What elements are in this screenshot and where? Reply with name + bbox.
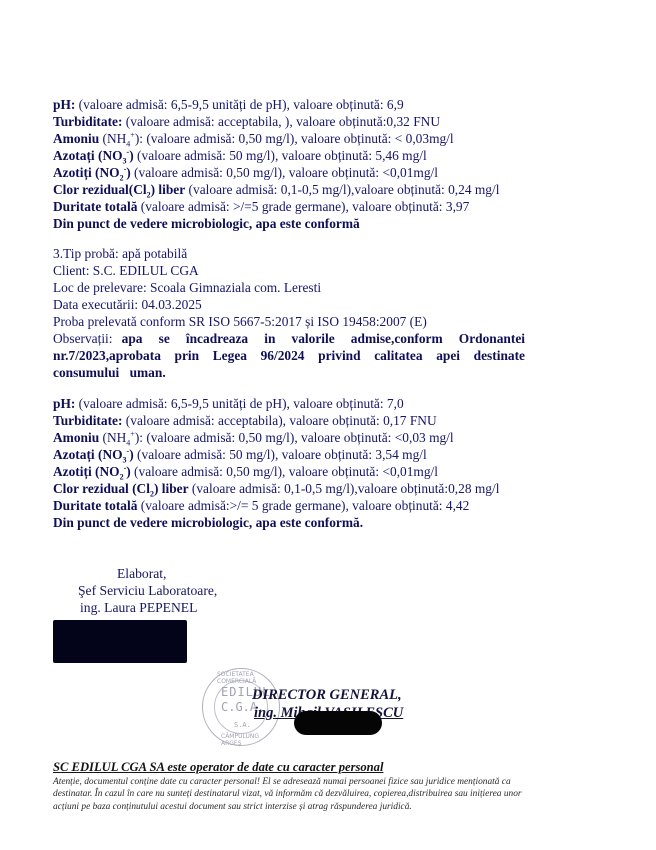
sample-2-results: pH: (valoare admisă: 6,5-9,5 unități de … xyxy=(53,96,613,232)
observations: Observații: apa se încadreaza in valoril… xyxy=(53,330,525,381)
result-duritate: Duritate totală (valoare admisă: >/=5 gr… xyxy=(53,198,613,215)
sample-type: 3.Tip probă: apă potabilă xyxy=(53,245,613,262)
sampling-standard: Proba prelevată conform SR ISO 5667-5:20… xyxy=(53,313,613,330)
sampling-location: Loc de prelevare: Scoala Gimnaziala com.… xyxy=(53,279,613,296)
result-clor: Clor rezidual (Cl2) liber (valoare admis… xyxy=(53,480,613,497)
redacted-director-signature xyxy=(294,711,382,735)
director-title: DIRECTOR GENERAL, xyxy=(252,686,403,704)
microbiological-conclusion: Din punct de vedere microbiologic, apa e… xyxy=(53,215,613,232)
client: Client: S.C. EDILUL CGA xyxy=(53,262,613,279)
result-turbiditate: Turbiditate: (valoare admisă: acceptabil… xyxy=(53,412,613,429)
sample-3-results: pH: (valoare admisă: 6,5-9,5 unități de … xyxy=(53,395,613,531)
result-clor: Clor rezidual(Cl2) liber (valoare admisă… xyxy=(53,181,613,198)
stamp-ring-top-text: SOCIETATEA COMERCIALĂ xyxy=(217,671,279,685)
result-amoniu: Amoniu (NH4+): (valoare admisă: 0,50 mg/… xyxy=(53,429,613,446)
result-azotiti: Azotiți (NO2-) (valoare admisă: 0,50 mg/… xyxy=(53,164,613,181)
signer-role: Şef Serviciu Laboratoare, xyxy=(75,582,217,599)
result-azotati: Azotați (NO3-) (valoare admisă: 50 mg/l)… xyxy=(53,446,613,463)
result-ph: pH: (valoare admisă: 6,5-9,5 unități de … xyxy=(53,96,613,113)
stamp-ring-bottom-text: CÂMPULUNG ARGEȘ xyxy=(221,733,279,747)
footer-notice: Atenție, documentul conține date cu cara… xyxy=(53,776,541,813)
result-duritate: Duritate totală (valoare admisă:>/= 5 gr… xyxy=(53,497,613,514)
elaborated-label: Elaborat, xyxy=(75,565,217,582)
result-ph: pH: (valoare admisă: 6,5-9,5 unități de … xyxy=(53,395,613,412)
result-amoniu: Amoniu (NH4+): (valoare admisă: 0,50 mg/… xyxy=(53,130,613,147)
gdpr-footer: SC EDILUL CGA SA este operator de date c… xyxy=(53,760,613,813)
result-azotati: Azotați (NO3-) (valoare admisă: 50 mg/l)… xyxy=(53,147,613,164)
redacted-signature xyxy=(53,620,187,663)
footer-heading: SC EDILUL CGA SA este operator de date c… xyxy=(53,760,613,775)
signature-block-elaborated: Elaborat, Şef Serviciu Laboratoare, ing.… xyxy=(75,565,217,616)
sample-3-info: 3.Tip probă: apă potabilă Client: S.C. E… xyxy=(53,245,613,381)
stamp-center-line3: S.A. xyxy=(234,721,251,729)
result-azotiti: Azotiți (NO2-) (valoare admisă: 0,50 mg/… xyxy=(53,463,613,480)
signer-name: ing. Laura PEPENEL xyxy=(75,599,217,616)
result-turbiditate: Turbiditate: (valoare admisă: acceptabil… xyxy=(53,113,613,130)
execution-date: Data executării: 04.03.2025 xyxy=(53,296,613,313)
document-page: pH: (valoare admisă: 6,5-9,5 unități de … xyxy=(0,0,656,850)
microbiological-conclusion: Din punct de vedere microbiologic, apa e… xyxy=(53,514,613,531)
